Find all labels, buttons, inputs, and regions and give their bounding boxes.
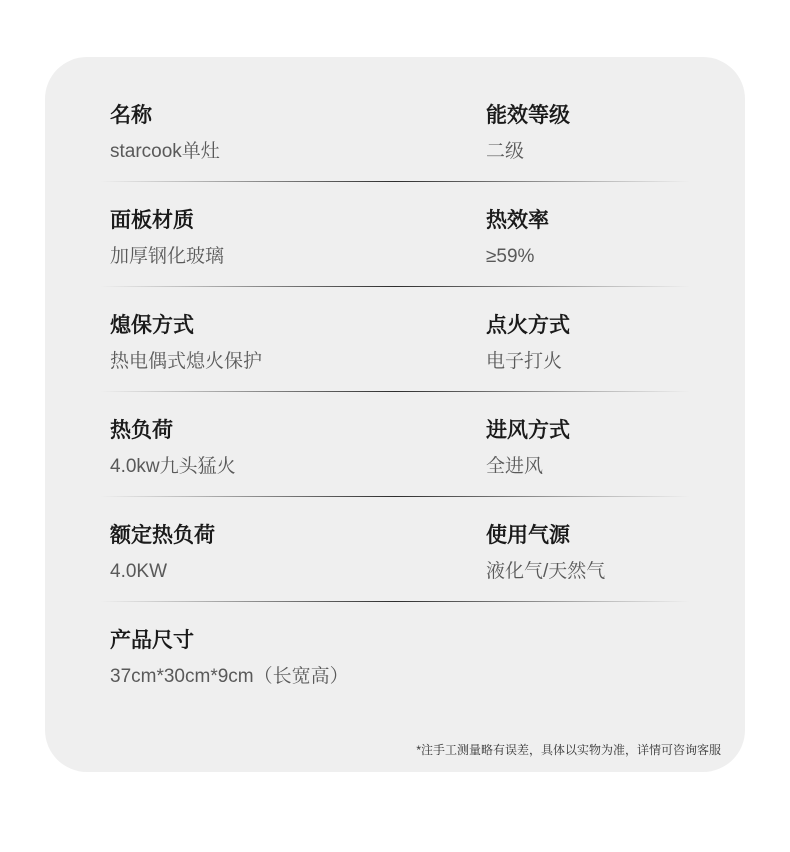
spec-value: 全进风 <box>486 453 690 480</box>
spec-value: ≥59% <box>486 243 690 270</box>
measurement-disclaimer: *注手工测量略有误差，具体以实物为准，详情可咨询客服 <box>416 742 721 758</box>
row-divider <box>100 286 690 287</box>
spec-row: 名称 starcook单灶 能效等级 二级 <box>110 101 690 165</box>
spec-row: 额定热负荷 4.0KW 使用气源 液化气/天然气 <box>110 521 690 585</box>
spec-label: 能效等级 <box>486 101 690 130</box>
row-divider <box>100 181 690 182</box>
spec-value: 二级 <box>486 138 690 165</box>
spec-item-air-intake: 进风方式 全进风 <box>486 416 690 480</box>
spec-item-flameout-protection: 熄保方式 热电偶式熄火保护 <box>110 311 486 375</box>
spec-item-heat-load: 热负荷 4.0kw九头猛火 <box>110 416 486 480</box>
spec-label: 点火方式 <box>486 311 690 340</box>
spec-value: 液化气/天然气 <box>486 558 690 585</box>
row-divider <box>100 496 690 497</box>
spec-item-gas-source: 使用气源 液化气/天然气 <box>486 521 690 585</box>
spec-value: 37cm*30cm*9cm（长宽高） <box>110 663 486 690</box>
spec-label: 面板材质 <box>110 206 486 235</box>
spec-label: 额定热负荷 <box>110 521 486 550</box>
row-divider <box>100 391 690 392</box>
spec-row: 热负荷 4.0kw九头猛火 进风方式 全进风 <box>110 416 690 480</box>
spec-label: 进风方式 <box>486 416 690 445</box>
spec-label: 熄保方式 <box>110 311 486 340</box>
spec-label: 使用气源 <box>486 521 690 550</box>
spec-value: 4.0KW <box>110 558 486 585</box>
spec-item-rated-heat-load: 额定热负荷 4.0KW <box>110 521 486 585</box>
spec-label: 产品尺寸 <box>110 626 486 655</box>
spec-item-ignition-method: 点火方式 电子打火 <box>486 311 690 375</box>
row-divider <box>100 601 690 602</box>
spec-label: 名称 <box>110 101 486 130</box>
spec-row: 面板材质 加厚钢化玻璃 热效率 ≥59% <box>110 206 690 270</box>
spec-label: 热效率 <box>486 206 690 235</box>
spec-item-energy-efficiency: 能效等级 二级 <box>486 101 690 165</box>
spec-value: starcook单灶 <box>110 138 486 165</box>
spec-value: 电子打火 <box>486 348 690 375</box>
spec-item-panel-material: 面板材质 加厚钢化玻璃 <box>110 206 486 270</box>
spec-item-thermal-efficiency: 热效率 ≥59% <box>486 206 690 270</box>
spec-item-product-dimensions: 产品尺寸 37cm*30cm*9cm（长宽高） <box>110 626 486 690</box>
spec-item-product-name: 名称 starcook单灶 <box>110 101 486 165</box>
spec-value: 热电偶式熄火保护 <box>110 348 486 375</box>
spec-value: 4.0kw九头猛火 <box>110 453 486 480</box>
spec-row: 产品尺寸 37cm*30cm*9cm（长宽高） <box>110 626 690 690</box>
spec-cell-empty <box>486 626 690 690</box>
spec-value: 加厚钢化玻璃 <box>110 243 486 270</box>
spec-row: 熄保方式 热电偶式熄火保护 点火方式 电子打火 <box>110 311 690 375</box>
spec-label: 热负荷 <box>110 416 486 445</box>
product-spec-card: 名称 starcook单灶 能效等级 二级 面板材质 加厚钢化玻璃 热效率 ≥5… <box>45 57 745 772</box>
